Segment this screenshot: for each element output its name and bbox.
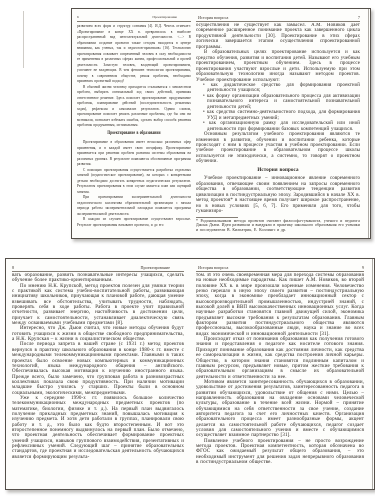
book-page-8: 8 Проектирование вать образование, разви… (12, 259, 184, 489)
body-paragraph: По мнению Н.К. Крупской, метод проектов … (12, 284, 184, 327)
body-paragraph: Основным результатом учебного проектиров… (196, 132, 360, 165)
body-paragraph: вать образование, развить познавательные… (12, 273, 184, 284)
page-text-column: осуществления не существует как замысел.… (196, 23, 360, 235)
body-paragraph: Уже к середине 1990-х гг. появилось боль… (12, 396, 184, 460)
page-edge-artifact (23, 11, 24, 68)
page-number: 6 (77, 15, 79, 20)
bullet-list: как дидактическое средство для формирова… (196, 83, 360, 132)
section-heading: История вопроса (196, 168, 360, 173)
running-head-title: История вопроса (198, 265, 228, 270)
body-paragraph: том. И это очень своевременная мера для … (196, 273, 364, 337)
body-paragraph: Интересно, что Дж. Дьюи считал, что новы… (12, 326, 184, 342)
book-spread-pages-8-9[interactable]: 8 Проектирование вать образование, разви… (5, 258, 375, 490)
running-head: История вопроса 9 (196, 263, 364, 272)
running-head: 8 Проектирование (12, 263, 184, 272)
page-text-column: том. И это очень своевременная мера для … (196, 273, 364, 486)
body-paragraph: В каждом из случаев проектирование осуще… (77, 216, 191, 227)
book-page-6: 6 Проектирование развитием всех форм и с… (77, 9, 191, 238)
body-paragraph: В обычной жизни человеку приходится стал… (77, 84, 191, 128)
body-paragraph: С помощью проектирования осуществляется … (77, 167, 191, 195)
body-paragraph: Мотивом является заинтересованность обуч… (196, 380, 364, 439)
body-paragraph: развитием всех форм и структур сознания … (77, 23, 191, 84)
body-paragraph: Проектирование в образовании имеет неско… (77, 139, 191, 167)
book-spread-pages-6-7[interactable]: 6 Проектирование развитием всех форм и с… (71, 8, 371, 239)
running-head-title: Проектирование (152, 15, 177, 20)
body-paragraph: При проектировании экспериментальной дея… (77, 194, 191, 216)
page-number: 9 (362, 265, 364, 270)
body-paragraph: Происходит отказ от понимания образовани… (196, 337, 364, 380)
document-viewer-canvas: 6 Проектирование развитием всех форм и с… (0, 0, 375, 500)
body-paragraph: После периода запрета в нашей стране (с … (12, 342, 184, 395)
page-text-column: вать образование, развить познавательные… (12, 273, 184, 486)
bullet-item: как форму организации образовательного п… (196, 94, 360, 110)
bullet-item: как организационную рамку для исследоват… (196, 121, 360, 132)
page-number: 8 (12, 265, 14, 270)
page-text-column: развитием всех форм и структур сознания … (77, 23, 191, 235)
bullet-item: как средство системно-деятельностного по… (196, 110, 360, 121)
section-heading: Проектирование в образовании (77, 131, 191, 137)
body-paragraph: Появление учебного проектирования – не п… (196, 439, 364, 466)
footnote: * Родоначальником метода проектов считаю… (196, 217, 360, 232)
body-paragraph: Учебное проектирование – инновационное я… (196, 176, 360, 214)
running-head-title: История вопроса (198, 15, 228, 20)
book-page-9: История вопроса 9 том. И это очень своев… (196, 259, 364, 489)
body-paragraph: В образовательных целях проектирование и… (196, 50, 360, 83)
running-head: 6 Проектирование (77, 13, 191, 22)
running-head-title: Проектирование (141, 265, 170, 270)
running-head: История вопроса 7 (196, 13, 360, 22)
book-page-7: История вопроса 7 осуществления не сущес… (196, 9, 360, 238)
bullet-item: как дидактическое средство для формирова… (196, 83, 360, 94)
page-number: 7 (358, 15, 360, 20)
body-paragraph: осуществления не существует как замысел.… (196, 23, 360, 50)
